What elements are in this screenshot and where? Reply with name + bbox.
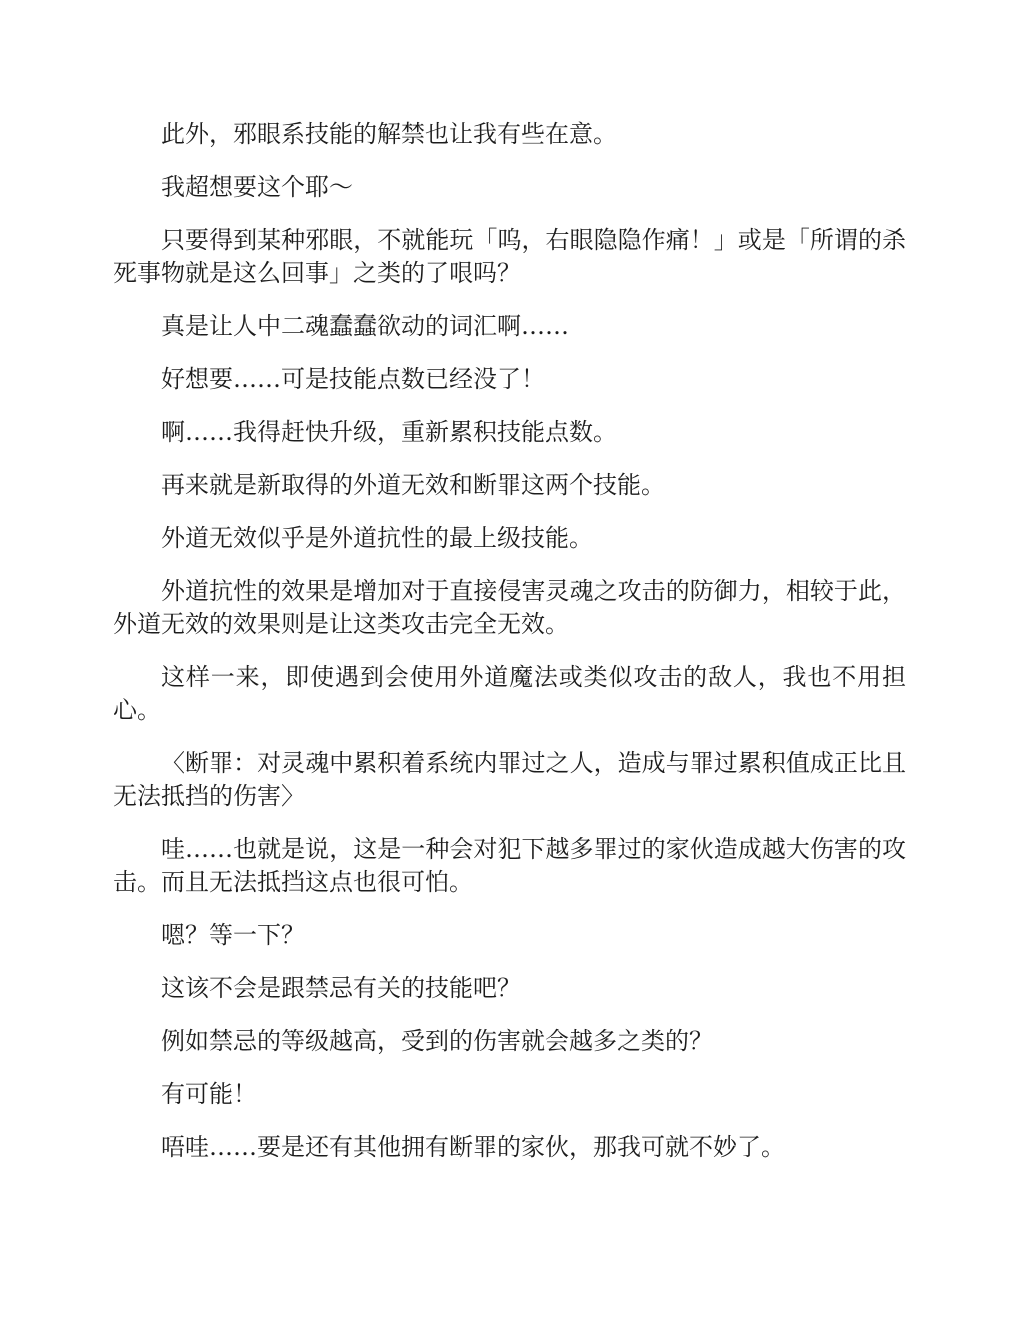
- paragraph-4: 真是让人中二魂蠢蠢欲动的词汇啊……: [113, 310, 906, 343]
- paragraph-15: 例如禁忌的等级越高，受到的伤害就会越多之类的？: [113, 1025, 906, 1058]
- paragraph-3: 只要得到某种邪眼，不就能玩「呜，右眼隐隐作痛！」或是「所谓的杀死事物就是这么回事…: [113, 224, 906, 290]
- paragraph-14: 这该不会是跟禁忌有关的技能吧？: [113, 972, 906, 1005]
- paragraph-17: 唔哇……要是还有其他拥有断罪的家伙，那我可就不妙了。: [113, 1131, 906, 1164]
- paragraph-9: 外道抗性的效果是增加对于直接侵害灵魂之攻击的防御力，相较于此，外道无效的效果则是…: [113, 575, 906, 641]
- paragraph-12: 哇……也就是说，这是一种会对犯下越多罪过的家伙造成越大伤害的攻击。而且无法抵挡这…: [113, 833, 906, 899]
- paragraph-5: 好想要……可是技能点数已经没了！: [113, 363, 906, 396]
- paragraph-7: 再来就是新取得的外道无效和断罪这两个技能。: [113, 469, 906, 502]
- paragraph-16: 有可能！: [113, 1078, 906, 1111]
- paragraph-13: 嗯？等一下？: [113, 919, 906, 952]
- document-page: 此外，邪眼系技能的解禁也让我有些在意。 我超想要这个耶～ 只要得到某种邪眼，不就…: [0, 0, 1020, 1320]
- paragraph-2: 我超想要这个耶～: [113, 171, 906, 204]
- paragraph-11: 〈断罪：对灵魂中累积着系统内罪过之人，造成与罪过累积值成正比且无法抵挡的伤害〉: [113, 747, 906, 813]
- paragraph-10: 这样一来，即使遇到会使用外道魔法或类似攻击的敌人，我也不用担心。: [113, 661, 906, 727]
- paragraph-8: 外道无效似乎是外道抗性的最上级技能。: [113, 522, 906, 555]
- paragraph-1: 此外，邪眼系技能的解禁也让我有些在意。: [113, 118, 906, 151]
- paragraph-6: 啊……我得赶快升级，重新累积技能点数。: [113, 416, 906, 449]
